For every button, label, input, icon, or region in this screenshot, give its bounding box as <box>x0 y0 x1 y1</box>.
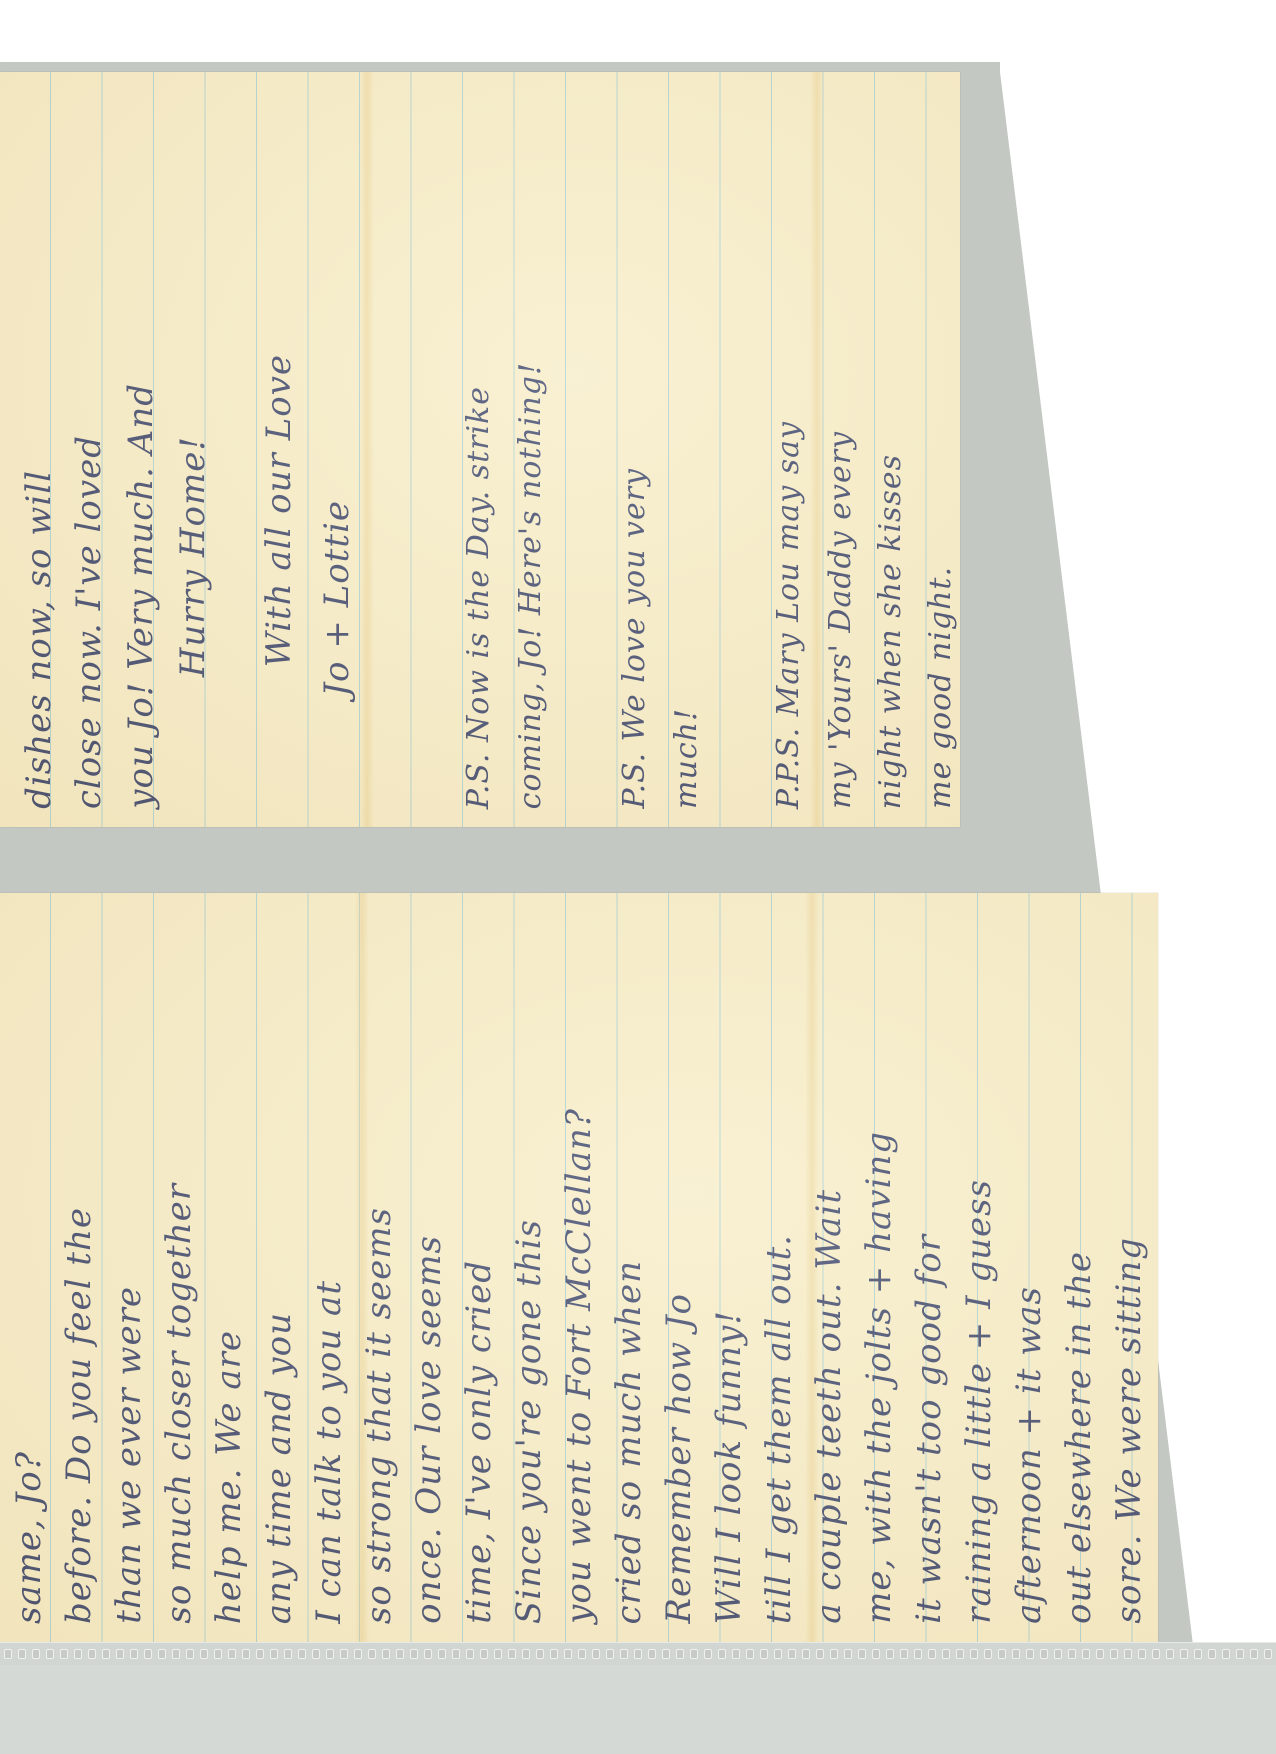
perforation-hole <box>718 1649 726 1659</box>
perforation-hole <box>4 1649 12 1659</box>
perforation-hole <box>270 1649 278 1659</box>
perforation-hole <box>74 1649 82 1659</box>
perforation-hole <box>214 1649 222 1659</box>
postscript-line: P.S. Now is the Day. strike <box>464 386 494 809</box>
perforation-hole <box>1166 1649 1174 1659</box>
perforation-hole <box>536 1649 544 1659</box>
perforation-hole <box>312 1649 320 1659</box>
perforation-hole <box>256 1649 264 1659</box>
perforation-hole <box>88 1649 96 1659</box>
perforation-hole <box>858 1649 866 1659</box>
handwritten-line: so strong that it seems <box>362 1207 396 1624</box>
handwritten-line: Remember how Jo <box>662 1293 696 1624</box>
perforation-hole <box>46 1649 54 1659</box>
perforation-hole <box>522 1649 530 1659</box>
perforation-hole <box>1208 1649 1216 1659</box>
perforation-hole <box>1124 1649 1132 1659</box>
perforation-hole <box>466 1649 474 1659</box>
perforation-hole <box>1264 1649 1272 1659</box>
perforation-hole <box>340 1649 348 1659</box>
perforation-hole <box>634 1649 642 1659</box>
perforation-hole <box>844 1649 852 1659</box>
perforation-hole <box>1250 1649 1258 1659</box>
handwritten-line: any time and you <box>262 1312 296 1624</box>
letter-page-bottom: sore. We were sitting out elsewhere in t… <box>0 893 1158 1642</box>
perforation-hole <box>116 1649 124 1659</box>
handwritten-line: same, Jo? <box>12 1451 46 1624</box>
handwritten-line: I can talk to you at <box>312 1280 346 1624</box>
perforation-hole <box>284 1649 292 1659</box>
perforation-hole <box>382 1649 390 1659</box>
perforation-hole <box>998 1649 1006 1659</box>
perforation-hole <box>662 1649 670 1659</box>
perforation-hole <box>914 1649 922 1659</box>
perforation-hole <box>18 1649 26 1659</box>
perforation-hole <box>102 1649 110 1659</box>
handwritten-line: afternoon + it was <box>1012 1286 1046 1624</box>
perforation-hole <box>816 1649 824 1659</box>
paper-fold <box>360 72 374 827</box>
perforation-hole <box>732 1649 740 1659</box>
perforation-hole <box>298 1649 306 1659</box>
perforation-hole <box>410 1649 418 1659</box>
handwritten-line: so much closer together <box>162 1183 196 1624</box>
perforation-hole <box>1110 1649 1118 1659</box>
perforation-hole <box>942 1649 950 1659</box>
perforation-hole <box>494 1649 502 1659</box>
handwritten-line: cried so much when <box>612 1260 646 1625</box>
handwritten-line: Since you're gone this <box>512 1219 546 1624</box>
handwritten-line: close now. I've loved <box>72 435 106 809</box>
perforation-hole <box>1040 1649 1048 1659</box>
postscript-line: P.P.S. Mary Lou may say <box>774 421 804 809</box>
perforation-hole <box>172 1649 180 1659</box>
signature: Jo + Lottie <box>320 500 354 697</box>
perforation-hole <box>508 1649 516 1659</box>
perforation-hole <box>774 1649 782 1659</box>
perforation-hole <box>368 1649 376 1659</box>
handwritten-line: out elsewhere in the <box>1062 1251 1096 1624</box>
handwritten-line: till I get them all out. <box>762 1234 796 1624</box>
perforation-hole <box>690 1649 698 1659</box>
perforation-hole <box>326 1649 334 1659</box>
perforation-hole <box>620 1649 628 1659</box>
perforation-hole <box>802 1649 810 1659</box>
perforation-hole <box>1012 1649 1020 1659</box>
perforation-hole <box>550 1649 558 1659</box>
postscript-line: me good night. <box>926 566 956 809</box>
perforation-hole <box>1180 1649 1188 1659</box>
perforation-hole <box>760 1649 768 1659</box>
handwritten-line: than we ever were <box>112 1286 146 1624</box>
postscript-line: my 'Yours' Daddy every <box>826 431 856 809</box>
perforation-hole <box>928 1649 936 1659</box>
perforation-hole <box>130 1649 138 1659</box>
perforation-hole <box>1026 1649 1034 1659</box>
perforation-hole <box>186 1649 194 1659</box>
handwritten-line: Will I look funny! <box>712 1310 746 1624</box>
handwritten-line: once. Our love seems <box>412 1235 446 1624</box>
perforation-hole <box>1054 1649 1062 1659</box>
handwritten-line: me, with the jolts + having <box>862 1131 896 1624</box>
perforation-hole <box>648 1649 656 1659</box>
perforation-hole <box>578 1649 586 1659</box>
perforation-hole <box>228 1649 236 1659</box>
perforation-hole <box>1236 1649 1244 1659</box>
perforation-hole <box>1222 1649 1230 1659</box>
perforation-hole <box>452 1649 460 1659</box>
perforation-hole <box>354 1649 362 1659</box>
perforation-hole <box>984 1649 992 1659</box>
perforation-hole <box>606 1649 614 1659</box>
postscript-line: P.S. We love you very <box>620 468 650 809</box>
perforation-hole <box>592 1649 600 1659</box>
perforation-hole <box>396 1649 404 1659</box>
sleeve-perforation-strip <box>0 1642 1276 1666</box>
perforation-hole <box>32 1649 40 1659</box>
postscript-line: coming, Jo! Here's nothing! <box>516 362 546 809</box>
perforation-hole <box>676 1649 684 1659</box>
handwritten-line: dishes now, so will <box>22 470 56 809</box>
perforation-hole <box>886 1649 894 1659</box>
perforation-hole <box>144 1649 152 1659</box>
handwritten-line: it wasn't too good for <box>912 1234 946 1624</box>
handwritten-line: help me. We are <box>212 1330 246 1624</box>
handwritten-line: time, I've only cried <box>462 1260 496 1624</box>
handwritten-line: before. Do you feel the <box>62 1207 96 1624</box>
perforation-hole <box>956 1649 964 1659</box>
letter-page-top: dishes now, so will close now. I've love… <box>0 72 960 827</box>
perforation-hole <box>788 1649 796 1659</box>
perforation-hole <box>1152 1649 1160 1659</box>
perforation-hole <box>1194 1649 1202 1659</box>
paper-fold <box>810 72 824 827</box>
perforation-hole <box>1096 1649 1104 1659</box>
perforation-hole <box>60 1649 68 1659</box>
perforation-hole <box>200 1649 208 1659</box>
perforation-hole <box>872 1649 880 1659</box>
handwritten-line: sore. We were sitting <box>1112 1237 1146 1624</box>
perforation-hole <box>564 1649 572 1659</box>
perforation-hole <box>1082 1649 1090 1659</box>
handwritten-line: you went to Fort McClellan? <box>562 1108 596 1624</box>
postscript-line: night when she kisses <box>876 454 906 809</box>
perforation-hole <box>1138 1649 1146 1659</box>
perforation-hole <box>900 1649 908 1659</box>
plastic-sleeve-edge <box>0 1665 1276 1754</box>
perforation-hole <box>746 1649 754 1659</box>
handwritten-line: a couple teeth out. Wait <box>812 1189 846 1624</box>
postscript-line: much! <box>672 708 702 809</box>
perforation-hole <box>830 1649 838 1659</box>
handwritten-line: you Jo! Very much. And <box>124 383 158 809</box>
perforation-hole <box>1068 1649 1076 1659</box>
perforation-hole <box>970 1649 978 1659</box>
perforation-hole <box>242 1649 250 1659</box>
perforation-hole <box>480 1649 488 1659</box>
handwritten-line: raining a little + I guess <box>962 1179 996 1624</box>
closing-line: With all our Love <box>262 354 296 667</box>
perforation-hole <box>438 1649 446 1659</box>
handwritten-line: Hurry Home! <box>176 436 210 677</box>
perforation-hole <box>704 1649 712 1659</box>
perforation-hole <box>424 1649 432 1659</box>
perforation-hole <box>158 1649 166 1659</box>
